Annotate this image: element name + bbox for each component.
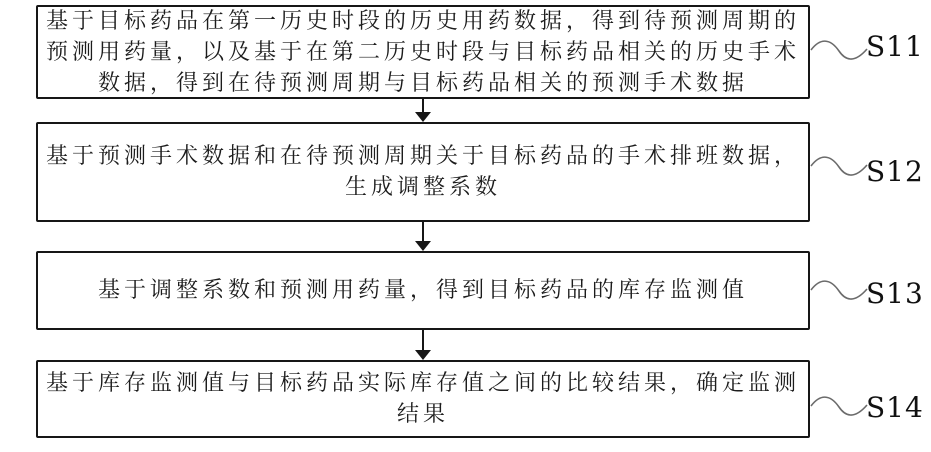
reference-squiggle-s12: [810, 152, 872, 186]
step-s14-text: 基于库存监测值与目标药品实际库存值之间的比较结果，确定监测 结果: [38, 368, 808, 430]
step-box-s11: 基于目标药品在第一历史时段的历史用药数据，得到待预测周期的 预测用药量，以及基于…: [36, 5, 810, 99]
down-arrow-1: [415, 98, 431, 122]
step-box-s14: 基于库存监测值与目标药品实际库存值之间的比较结果，确定监测 结果: [36, 360, 810, 438]
down-arrow-2-shaft: [422, 221, 424, 242]
step-label-s13: S13: [866, 277, 924, 310]
step-box-s12: 基于预测手术数据和在待预测周期关于目标药品的手术排班数据， 生成调整系数: [36, 122, 810, 222]
reference-squiggle-s14: [810, 392, 872, 426]
step-s12-line-2: 生成调整系数: [38, 172, 808, 203]
step-s13-line-1: 基于调整系数和预测用药量，得到目标药品的库存监测值: [38, 275, 808, 306]
step-s11-line-3: 数据，得到在待预测周期与目标药品相关的预测手术数据: [38, 68, 808, 99]
step-label-s11: S11: [866, 30, 924, 63]
step-label-s12: S12: [866, 155, 924, 188]
flowchart-figure: 基于目标药品在第一历史时段的历史用药数据，得到待预测周期的 预测用药量，以及基于…: [0, 0, 931, 452]
step-label-s14: S14: [866, 391, 924, 424]
step-s14-line-1: 基于库存监测值与目标药品实际库存值之间的比较结果，确定监测: [38, 368, 808, 399]
step-s12-line-1: 基于预测手术数据和在待预测周期关于目标药品的手术排班数据，: [38, 141, 808, 172]
step-s13-text: 基于调整系数和预测用药量，得到目标药品的库存监测值: [38, 275, 808, 306]
step-s11-line-2: 预测用药量，以及基于在第二历史时段与目标药品相关的历史手术: [38, 37, 808, 68]
reference-squiggle-s11: [810, 36, 872, 70]
step-s11-line-1: 基于目标药品在第一历史时段的历史用药数据，得到待预测周期的: [38, 6, 808, 37]
down-arrow-3: [415, 329, 431, 360]
down-arrow-3-shaft: [422, 329, 424, 351]
step-s12-text: 基于预测手术数据和在待预测周期关于目标药品的手术排班数据， 生成调整系数: [38, 141, 808, 203]
down-arrow-2-head: [415, 241, 431, 251]
down-arrow-3-head: [415, 350, 431, 360]
step-s11-text: 基于目标药品在第一历史时段的历史用药数据，得到待预测周期的 预测用药量，以及基于…: [38, 6, 808, 99]
down-arrow-1-head: [415, 112, 431, 122]
reference-squiggle-s13: [810, 276, 872, 310]
step-s14-line-2: 结果: [38, 399, 808, 430]
down-arrow-1-shaft: [422, 98, 424, 113]
step-box-s13: 基于调整系数和预测用药量，得到目标药品的库存监测值: [36, 251, 810, 330]
down-arrow-2: [415, 221, 431, 251]
